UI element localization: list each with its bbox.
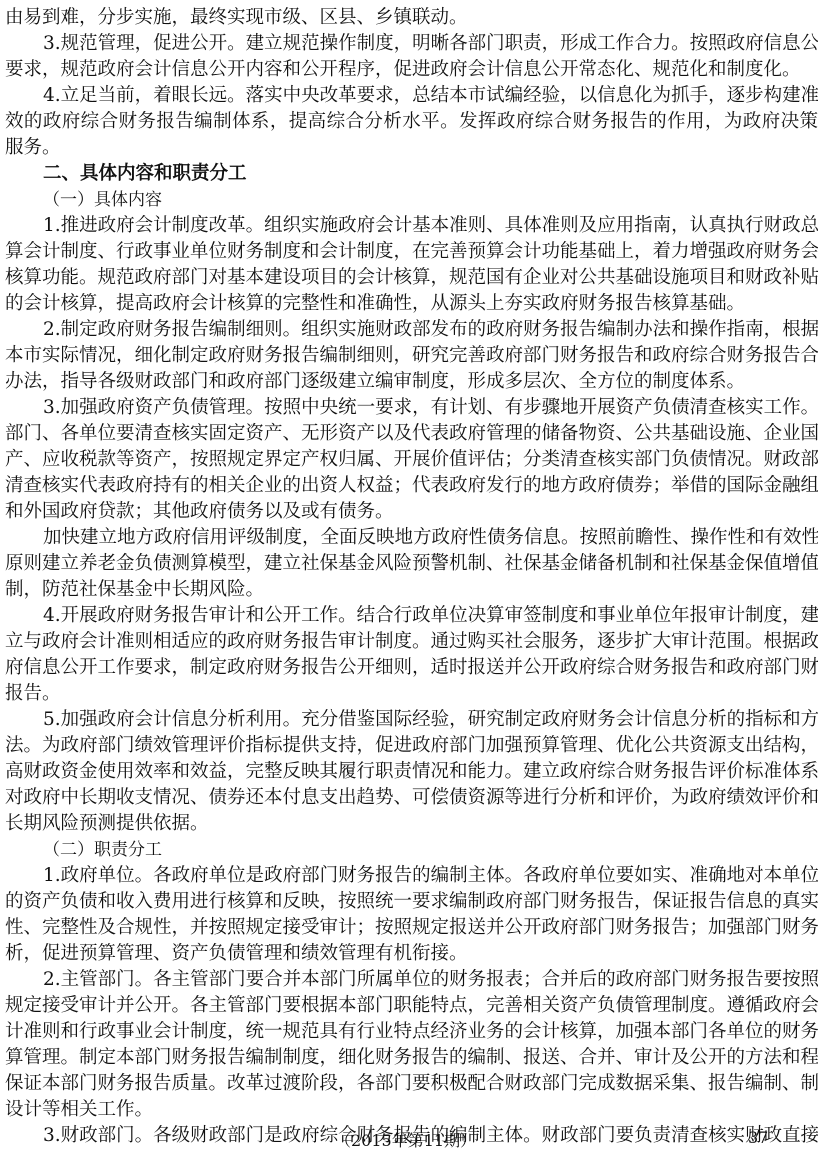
text-line: 3.规范管理，促进公开。建立规范操作制度，明晰各部门职责，形成工作合力。按照政府… bbox=[5, 31, 818, 57]
text-line: 和外国政府贷款；其他政府债务以及或有债务。 bbox=[5, 499, 818, 525]
text-line: 1.推进政府会计制度改革。组织实施政府会计基本准则、具体准则及应用指南，认真执行… bbox=[5, 213, 818, 239]
text-line: 对政府中长期收支情况、债券还本付息支出趋势、可偿债资源等进行分析和评价，为政府绩… bbox=[5, 785, 818, 811]
text-line: 4.开展政府财务报告审计和公开工作。结合行政单位决算审签制度和事业单位年报审计制… bbox=[5, 603, 818, 629]
text-line: 部门、各单位要清查核实固定资产、无形资产以及代表政府管理的储备物资、公共基础设施… bbox=[5, 421, 818, 447]
subsection-heading: （一）具体内容 bbox=[5, 187, 818, 213]
text-line: 清查核实代表政府持有的相关企业的出资人权益；代表政府发行的地方政府债券；举借的国… bbox=[5, 473, 818, 499]
text-line: 1.政府单位。各政府单位是政府部门财务报告的编制主体。各政府单位要如实、准确地对… bbox=[5, 863, 818, 889]
text-line: 服务。 bbox=[5, 135, 818, 161]
text-line: 5.加强政府会计信息分析利用。充分借鉴国际经验，研究制定政府财务会计信息分析的指… bbox=[5, 707, 818, 733]
text-line: 立与政府会计准则相适应的政府财务报告审计制度。通过购买社会服务，逐步扩大审计范围… bbox=[5, 629, 818, 655]
text-line: 设计等相关工作。 bbox=[5, 1097, 818, 1123]
text-line: 由易到难，分步实施，最终实现市级、区县、乡镇联动。 bbox=[5, 5, 818, 31]
text-line: 要求，规范政府会计信息公开内容和公开程序，促进政府会计信息公开常态化、规范化和制… bbox=[5, 57, 818, 83]
text-line: 计准则和行政事业会计制度，统一规范具有行业特点经济业务的会计核算，加强本部门各单… bbox=[5, 1019, 818, 1045]
text-line: 高财政资金使用效率和效益，完整反映其履行职责情况和能力。建立政府综合财务报告评价… bbox=[5, 759, 818, 785]
text-line: 核算功能。规范政府部门对基本建设项目的会计核算，规范国有企业对公共基础设施项目和… bbox=[5, 265, 818, 291]
section-heading: 二、具体内容和职责分工 bbox=[5, 161, 818, 187]
page-number: 37 bbox=[748, 1128, 768, 1147]
text-line: 效的政府综合财务报告编制体系，提高综合分析水平。发挥政府综合财务报告的作用，为政… bbox=[5, 109, 818, 135]
text-line: 性、完整性及合规性，并按照规定接受审计；按照规定报送并公开政府部门财务报告；加强… bbox=[5, 915, 818, 941]
text-line: 算会计制度、行政事业单位财务制度和会计制度，在完善预算会计功能基础上，着力增强政… bbox=[5, 239, 818, 265]
text-line: 产、应收税款等资产，按照规定界定产权归属、开展价值评估；分类清查核实部门负债情况… bbox=[5, 447, 818, 473]
page-footer: （2015年第11期） 37 bbox=[0, 1128, 827, 1152]
text-line: 府信息公开工作要求，制定政府财务报告公开细则，适时报送并公开政府综合财务报告和政… bbox=[5, 655, 818, 681]
text-line: 规定接受审计并公开。各主管部门要根据本部门职能特点，完善相关资产负债管理制度。遵… bbox=[5, 993, 818, 1019]
issue-label: （2015年第11期） bbox=[335, 1128, 476, 1151]
text-line: 本市实际情况，细化制定政府财务报告编制细则，研究完善政府部门财务报告和政府综合财… bbox=[5, 343, 818, 369]
text-line: 法。为政府部门绩效管理评价指标提供支持，促进政府部门加强预算管理、优化公共资源支… bbox=[5, 733, 818, 759]
text-line: 原则建立养老金负债测算模型，建立社保基金风险预警机制、社保基金储备机制和社保基金… bbox=[5, 551, 818, 577]
text-line: 3.加强政府资产负债管理。按照中央统一要求，有计划、有步骤地开展资产负债清查核实… bbox=[5, 395, 818, 421]
document-page: 由易到难，分步实施，最终实现市级、区县、乡镇联动。3.规范管理，促进公开。建立规… bbox=[5, 5, 818, 1149]
text-line: 4.立足当前，着眼长远。落实中央改革要求，总结本市试编经验，以信息化为抓手，逐步… bbox=[5, 83, 818, 109]
text-line: 制，防范社保基金中长期风险。 bbox=[5, 577, 818, 603]
text-line: 长期风险预测提供依据。 bbox=[5, 811, 818, 837]
text-line: 2.制定政府财务报告编制细则。组织实施财政部发布的政府财务报告编制办法和操作指南… bbox=[5, 317, 818, 343]
text-line: 的会计核算，提高政府会计核算的完整性和准确性，从源头上夯实政府财务报告核算基础。 bbox=[5, 291, 818, 317]
text-line: 加快建立地方政府信用评级制度，全面反映地方政府性债务信息。按照前瞻性、操作性和有… bbox=[5, 525, 818, 551]
subsection-heading: （二）职责分工 bbox=[5, 837, 818, 863]
text-line: 算管理。制定本部门财务报告编制制度，细化财务报告的编制、报送、合并、审计及公开的… bbox=[5, 1045, 818, 1071]
text-line: 2.主管部门。各主管部门要合并本部门所属单位的财务报表；合并后的政府部门财务报告… bbox=[5, 967, 818, 993]
text-line: 析，促进预算管理、资产负债管理和绩效管理有机衔接。 bbox=[5, 941, 818, 967]
text-line: 的资产负债和收入费用进行核算和反映，按照统一要求编制政府部门财务报告，保证报告信… bbox=[5, 889, 818, 915]
text-line: 办法，指导各级财政部门和政府部门逐级建立编审制度，形成多层次、全方位的制度体系。 bbox=[5, 369, 818, 395]
text-line: 报告。 bbox=[5, 681, 818, 707]
text-line: 保证本部门财务报告质量。改革过渡阶段，各部门要积极配合财政部门完成数据采集、报告… bbox=[5, 1071, 818, 1097]
